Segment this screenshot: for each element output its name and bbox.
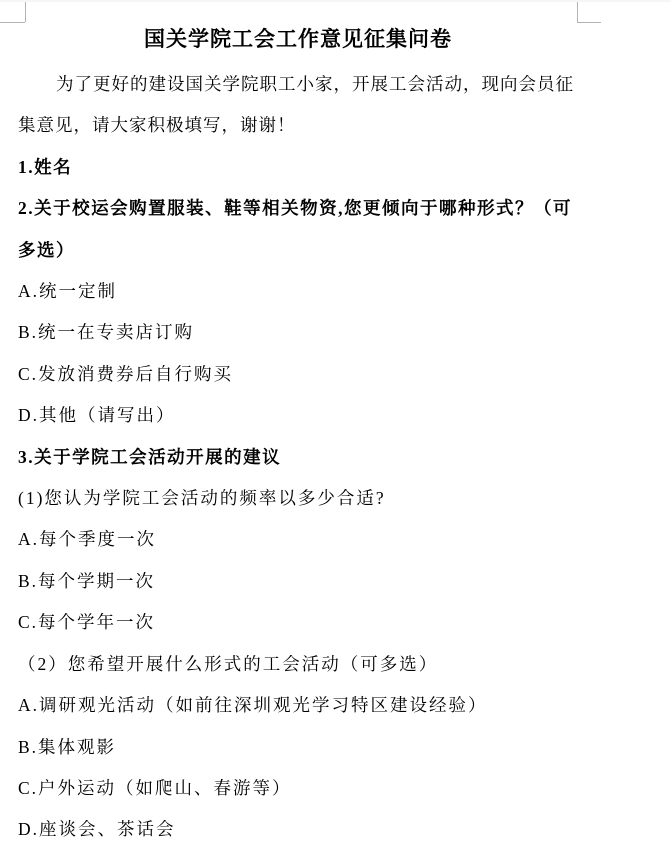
document-title: 国关学院工会工作意见征集问卷: [18, 24, 578, 54]
question-2-option-c: C.发放消费券后自行购买: [18, 354, 578, 395]
page-margin-mark-left: [0, 22, 25, 23]
question-3-sub-1-option-b: B.每个学期一次: [18, 561, 578, 602]
page-margin-mark-left: [25, 2, 26, 22]
window-top-edge: [0, 0, 671, 2]
intro-line-1: 为了更好的建设国关学院职工小家，开展工会活动，现向会员征: [18, 64, 578, 105]
question-3-sub-1-option-c: C.每个学年一次: [18, 602, 578, 643]
question-3-sub-1-heading: (1)您认为学院工会活动的频率以多少合适?: [18, 478, 578, 519]
page-margin-mark-right: [577, 2, 578, 22]
question-2-option-b: B.统一在专卖店订购: [18, 312, 578, 353]
question-3-sub-2-heading: （2）您希望开展什么形式的工会活动（可多选）: [18, 644, 578, 685]
question-3-sub-2-option-b: B.集体观影: [18, 727, 578, 768]
page-margin-mark-right: [577, 22, 601, 23]
intro-line-2: 集意见，请大家积极填写，谢谢！: [18, 105, 578, 146]
document-body: 为了更好的建设国关学院职工小家，开展工会活动，现向会员征 集意见，请大家积极填写…: [18, 64, 578, 851]
question-3-sub-2-option-d: D.座谈会、茶话会: [18, 809, 578, 850]
question-2-option-d: D.其他（请写出）: [18, 395, 578, 436]
question-3-sub-2-option-a: A.调研观光活动（如前往深圳观光学习特区建设经验）: [18, 685, 578, 726]
question-2-option-a: A.统一定制: [18, 271, 578, 312]
question-1-heading: 1.姓名: [18, 147, 578, 188]
question-2-heading-line-2: 多选）: [18, 230, 578, 271]
question-3-sub-1-option-a: A.每个季度一次: [18, 519, 578, 560]
question-3-sub-2-option-c: C.户外运动（如爬山、春游等）: [18, 768, 578, 809]
question-3-heading: 3.关于学院工会活动开展的建议: [18, 437, 578, 478]
document-page: 国关学院工会工作意见征集问卷 为了更好的建设国关学院职工小家，开展工会活动，现向…: [18, 24, 578, 851]
question-2-heading-line-1: 2.关于校运会购置服装、鞋等相关物资,您更倾向于哪种形式？（可: [18, 188, 578, 229]
